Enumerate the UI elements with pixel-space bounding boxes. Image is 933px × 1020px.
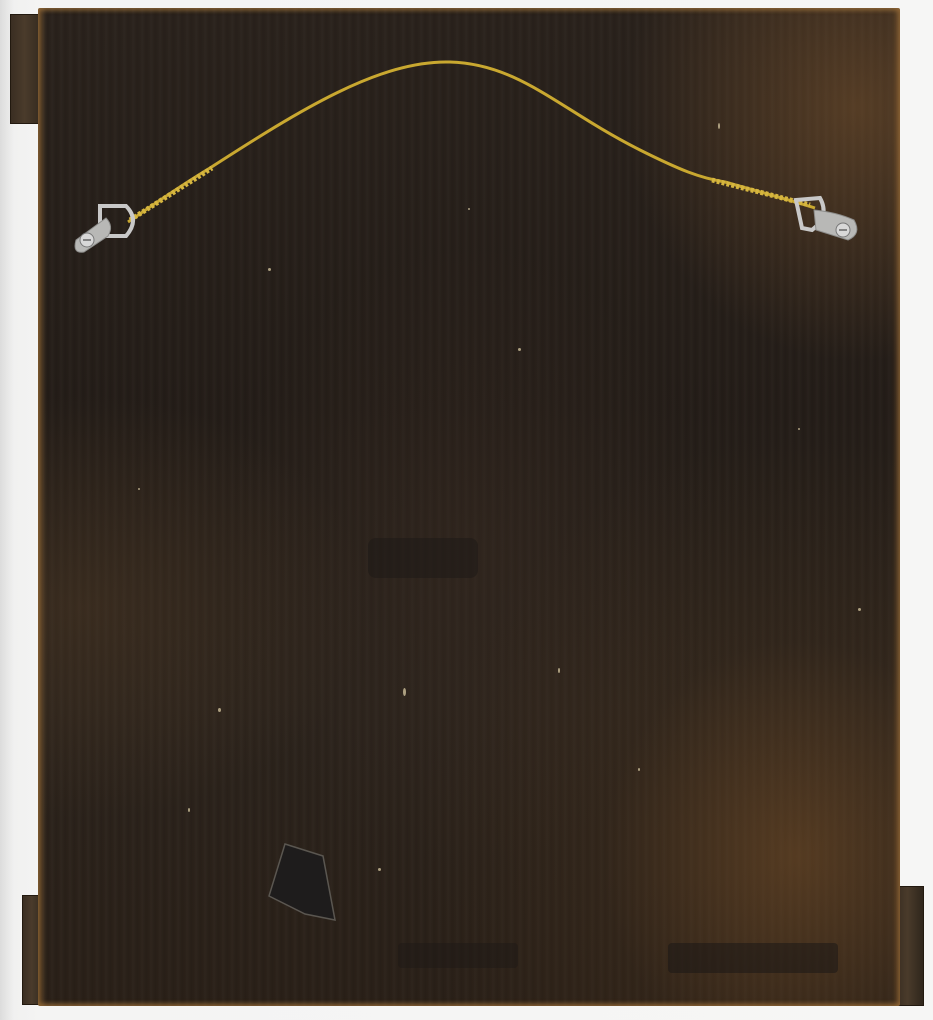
speck — [858, 608, 861, 611]
speck — [798, 428, 800, 430]
right-d-ring-hanger — [786, 190, 866, 254]
speck — [518, 348, 521, 351]
speck — [218, 708, 221, 712]
left-d-ring-hanger — [70, 196, 150, 260]
paper-fragment — [265, 840, 345, 930]
speck — [403, 688, 406, 696]
speck — [558, 668, 560, 673]
speck — [378, 868, 381, 871]
speck — [138, 488, 140, 490]
dark-patch — [668, 943, 838, 973]
speck — [188, 808, 190, 812]
right-bottom-cleat — [896, 886, 924, 1006]
dark-patch — [398, 943, 518, 968]
dark-patch — [368, 538, 478, 578]
speck — [638, 768, 640, 771]
